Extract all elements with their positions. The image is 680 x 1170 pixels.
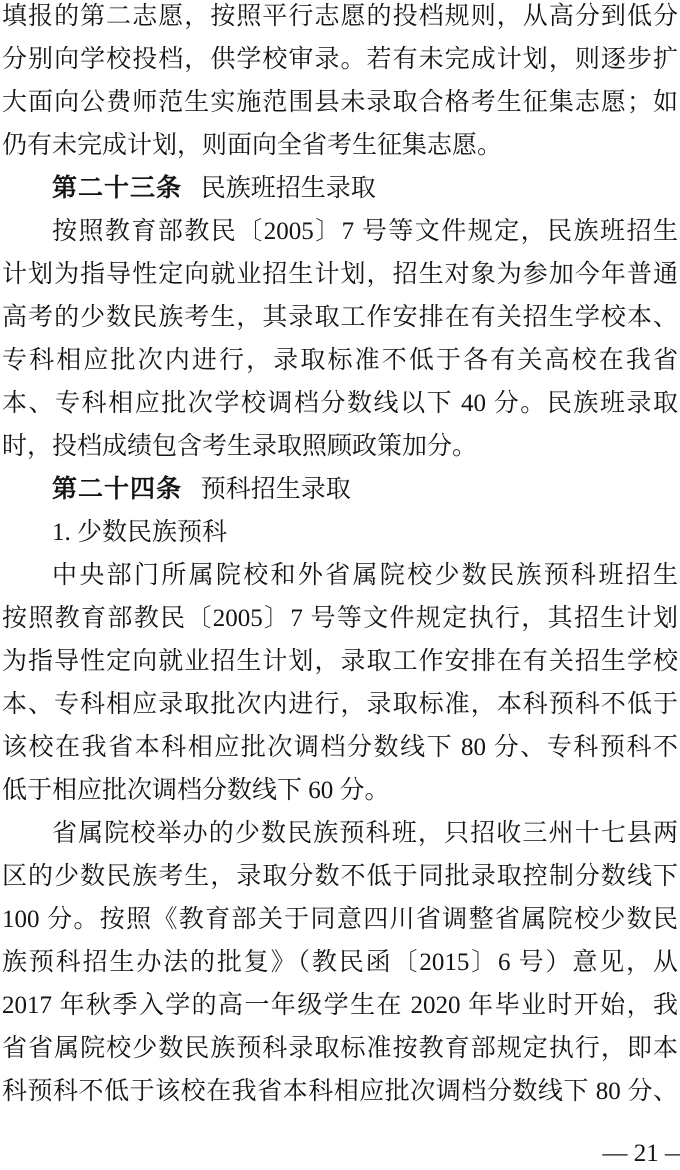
article-heading: 第二十四条预科招生录取 [2, 468, 678, 511]
text-line: 专科相应批次内进行，录取标准不低于各有关高校在我省 [2, 339, 678, 382]
text-line: 族预科招生办法的批复》（教民函〔2015〕6 号）意见，从 [2, 941, 678, 984]
text-line: 低于相应批次调档分数线下 60 分。 [2, 769, 678, 812]
text-line: 省属院校举办的少数民族预科班，只招收三州十七县两 [2, 812, 678, 855]
text-line: 为指导性定向就业招生计划，录取工作安排在有关招生学校 [2, 640, 678, 683]
text-line: 2017 年秋季入学的高一年级学生在 2020 年毕业时开始，我 [2, 984, 678, 1027]
article-title: 民族班招生录取 [201, 175, 376, 202]
text-line: 计划为指导性定向就业招生计划，招生对象为参加今年普通 [2, 253, 678, 296]
text-line: 本、专科相应批次学校调档分数线以下 40 分。民族班录取 [2, 382, 678, 425]
text-line: 高考的少数民族考生，其录取工作安排在有关招生学校本、 [2, 296, 678, 339]
article-title: 预科招生录取 [201, 476, 351, 503]
text-line: 科预科不低于该校在我省本科相应批次调档分数线下 80 分、 [2, 1070, 678, 1113]
text-line: 区的少数民族考生，录取分数不低于同批录取控制分数线下 [2, 855, 678, 898]
text-line: 按照教育部教民〔2005〕7 号等文件规定，民族班招生 [2, 210, 678, 253]
text-line: 按照教育部教民〔2005〕7 号等文件规定执行，其招生计划 [2, 597, 678, 640]
text-line: 分别向学校投档，供学校审录。若有未完成计划，则逐步扩 [2, 38, 678, 81]
text-line: 大面向公费师范生实施范围县未录取合格考生征集志愿；如 [2, 81, 678, 124]
page-number: — 21 — [603, 1140, 680, 1168]
text-line: 100 分。按照《教育部关于同意四川省调整省属院校少数民 [2, 898, 678, 941]
article-number: 第二十三条 [52, 175, 182, 202]
article-number: 第二十四条 [52, 476, 182, 503]
text-line: 填报的第二志愿，按照平行志愿的投档规则，从高分到低分 [2, 0, 678, 38]
text-line: 省省属院校少数民族预科录取标准按教育部规定执行，即本 [2, 1027, 678, 1070]
text-line: 中央部门所属院校和外省属院校少数民族预科班招生 [2, 554, 678, 597]
text-line: 仍有未完成计划，则面向全省考生征集志愿。 [2, 124, 678, 167]
article-heading: 第二十三条民族班招生录取 [2, 167, 678, 210]
document-page: 填报的第二志愿，按照平行志愿的投档规则，从高分到低分 分别向学校投档，供学校审录… [0, 0, 680, 1170]
list-item-heading: 1. 少数民族预科 [2, 511, 678, 554]
text-line: 该校在我省本科相应批次调档分数线下 80 分、专科预科不 [2, 726, 678, 769]
document-text-block: 填报的第二志愿，按照平行志愿的投档规则，从高分到低分 分别向学校投档，供学校审录… [2, 0, 678, 1113]
text-line: 本、专科相应录取批次内进行，录取标准，本科预科不低于 [2, 683, 678, 726]
text-line: 时，投档成绩包含考生录取照顾政策加分。 [2, 425, 678, 468]
